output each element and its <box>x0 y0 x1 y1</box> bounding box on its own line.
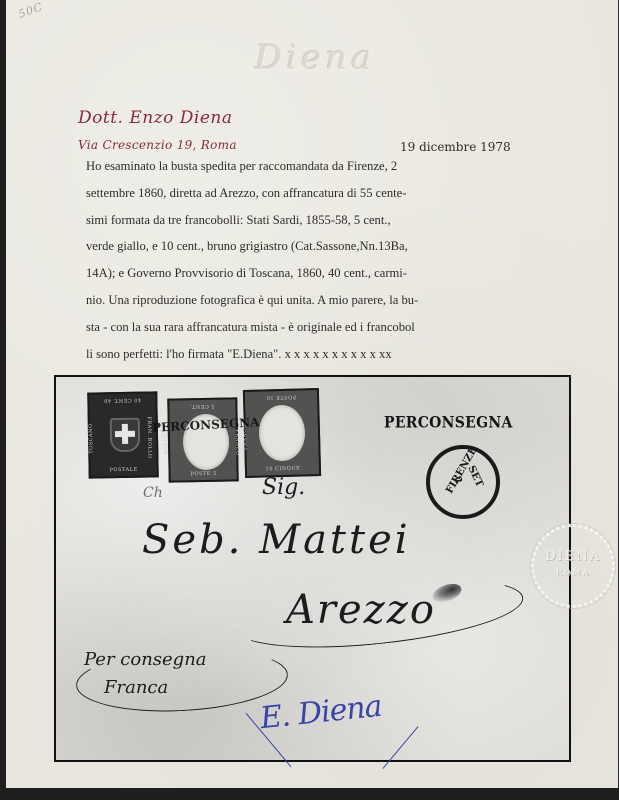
body-line: 14A); e Governo Provvisorio di Toscana, … <box>86 260 566 287</box>
letterhead-name: Dott. Enzo Diena <box>78 108 233 128</box>
postmark-circular: FIRENZE 2 SET <box>426 445 500 519</box>
seal-text-top: DIENA <box>534 549 612 564</box>
manuscript-note-line: Franca <box>104 677 168 698</box>
stamp-label: 5 CENT. <box>169 402 235 409</box>
stamp-label: BOLLO <box>163 433 169 454</box>
stamp-label: 10 CINQUE <box>247 465 319 473</box>
stamp-label: FRANCO <box>234 429 240 455</box>
body-line: sta - con la sua rara affrancatura mista… <box>86 314 566 341</box>
body-line: nio. Una riproduzione fotografica è qui … <box>86 287 566 314</box>
watermark: Diena <box>255 38 375 78</box>
body-line: Ho esaminato la busta spedita per raccom… <box>86 153 566 180</box>
stamp-label: 40 CENT. 40 <box>89 396 155 403</box>
address-salutation: Sig. <box>262 475 305 500</box>
embossed-seal: DIENA ROMA <box>531 524 615 608</box>
body-line: verde giallo, e 10 cent., bruno grigiast… <box>86 233 566 260</box>
seal-text-bottom: ROMA <box>534 568 612 577</box>
body-line: settembre 1860, diretta ad Arezzo, con a… <box>86 180 566 207</box>
stamp-tuscany-40c: 40 CENT. 40 TOSCANO FRAN. BOLLO POSTALE <box>87 391 158 478</box>
postmark-month: SET <box>465 464 484 489</box>
stamp-label: BOLLO <box>318 424 325 445</box>
address-city: Arezzo <box>286 587 436 633</box>
king-profile-cameo-icon <box>258 404 305 461</box>
body-line: li sono perfetti: l'ho firmata "E.Diena"… <box>86 341 566 368</box>
stamp-sardinia-10c: POSTE 10 FRANCO BOLLO 10 CINQUE <box>243 388 321 478</box>
letterhead-address: Via Crescenzio 19, Roma <box>78 138 237 152</box>
certificate-body: Ho esaminato la busta spedita per raccom… <box>86 153 566 367</box>
address-recipient: Seb. Mattei <box>142 517 411 563</box>
stamp-label: POSTE 5 <box>171 470 237 477</box>
stamp-label: POSTE 10 <box>245 393 317 401</box>
stamp-sardinia-5c: 5 CENT. BOLLO FRANCO POSTE 5 <box>167 397 238 482</box>
stamp-label: POSTALE <box>91 466 157 473</box>
per-consegna-handstamp: PERCONSEGNA <box>384 414 513 432</box>
pencil-mark: Ch <box>143 485 163 501</box>
scan-bottom-edge <box>0 788 619 800</box>
certificate-date: 19 dicembre 1978 <box>400 140 511 154</box>
body-line: simi formata da tre francobolli: Stati S… <box>86 207 566 234</box>
stamp-label: TOSCANO <box>88 423 95 453</box>
savoy-cross-icon <box>110 418 141 453</box>
